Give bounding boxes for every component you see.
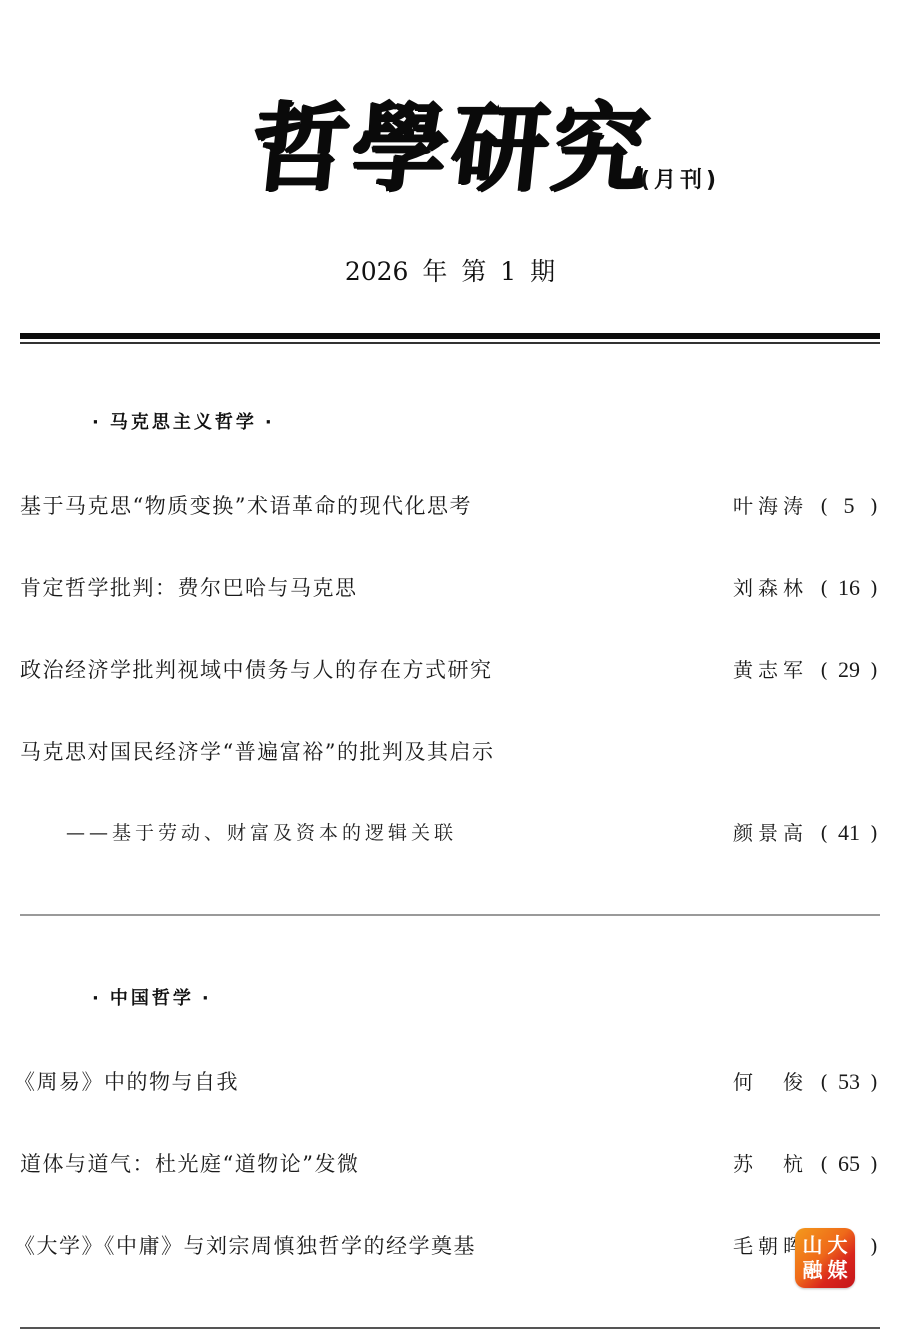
bullet-dot: · [92, 410, 102, 436]
paren-open: ( [817, 818, 831, 848]
paren-open: ( [817, 491, 831, 521]
article-byline: 刘森林 ( 16 ) [733, 573, 883, 603]
header-rule-thick [20, 333, 880, 339]
paren-open: ( [817, 1067, 831, 1097]
paren-close: ) [867, 1149, 881, 1179]
logo-char: 媒 [825, 1258, 850, 1283]
article-author: 黄志军 [733, 655, 805, 685]
page-number: 65 [831, 1149, 867, 1179]
bullet-dot: · [265, 410, 275, 436]
section-heading-marxist-philosophy: ·马克思主义哲学· [84, 410, 283, 436]
page-reference[interactable]: ( 5 ) [817, 491, 881, 521]
footer-rule [20, 1327, 880, 1329]
article-title[interactable]: 道体与道气：杜光庭“道物论”发微 [20, 1149, 359, 1179]
page-number: 29 [831, 655, 867, 685]
logo-char: 大 [825, 1233, 850, 1258]
article-byline: 何 俊 ( 53 ) [733, 1067, 883, 1097]
article-subtitle: ——基于劳动、财富及资本的逻辑关联 [66, 818, 457, 848]
logo-char: 融 [800, 1258, 825, 1283]
logo-char: 山 [800, 1233, 825, 1258]
article-byline: 叶海涛 ( 5 ) [733, 491, 883, 521]
article-title[interactable]: 政治经济学批判视域中债务与人的存在方式研究 [20, 655, 493, 685]
page-number: 41 [831, 818, 867, 848]
header-rule-thin [20, 342, 880, 344]
paren-close: ) [867, 655, 881, 685]
section-heading-text: 中国哲学 [110, 988, 194, 1009]
paren-close: ) [867, 573, 881, 603]
journal-masthead: 哲學研究 (月刊) [0, 88, 900, 218]
section-heading-chinese-philosophy: ·中国哲学· [84, 986, 220, 1012]
paren-open: ( [817, 655, 831, 685]
media-logo-watermark[interactable]: 山 大 融 媒 [795, 1228, 855, 1288]
bullet-dot: · [92, 986, 102, 1012]
page-number: 16 [831, 573, 867, 603]
article-byline: 颜景高 ( 41 ) [733, 818, 883, 848]
article-author: 颜景高 [733, 818, 805, 848]
article-author: 叶海涛 [733, 491, 805, 521]
page-number: 5 [831, 491, 867, 521]
page-reference[interactable]: ( 41 ) [817, 818, 881, 848]
paren-close: ) [867, 818, 881, 848]
page-number: 53 [831, 1067, 867, 1097]
article-title[interactable]: 基于马克思“物质变换”术语革命的现代化思考 [20, 491, 472, 521]
page-reference[interactable]: ( 53 ) [817, 1067, 881, 1097]
article-author: 苏 杭 [733, 1149, 805, 1179]
article-title[interactable]: 《大学》《中庸》与刘宗周慎独哲学的经学奠基 [14, 1231, 476, 1261]
page-reference[interactable]: ( 65 ) [817, 1149, 881, 1179]
journal-frequency: (月刊) [640, 166, 720, 196]
page-reference[interactable]: ( 16 ) [817, 573, 881, 603]
article-title[interactable]: 马克思对国民经济学“普遍富裕”的批判及其启示 [20, 737, 494, 767]
article-author: 刘森林 [733, 573, 805, 603]
paren-open: ( [817, 573, 831, 603]
section-heading-text: 马克思主义哲学 [110, 412, 257, 433]
paren-close: ) [867, 491, 881, 521]
article-title[interactable]: 肯定哲学批判：费尔巴哈与马克思 [20, 573, 358, 603]
bullet-dot: · [202, 986, 212, 1012]
journal-title: 哲學研究 [246, 88, 659, 208]
page-reference[interactable]: ( 29 ) [817, 655, 881, 685]
paren-close: ) [867, 1067, 881, 1097]
paren-close: ) [867, 1231, 881, 1261]
section-divider [20, 914, 880, 916]
issue-number: 2026 年 第 1 期 [0, 254, 900, 290]
article-author: 何 俊 [733, 1067, 805, 1097]
article-byline: 苏 杭 ( 65 ) [733, 1149, 883, 1179]
article-byline: 黄志军 ( 29 ) [733, 655, 883, 685]
paren-open: ( [817, 1149, 831, 1179]
article-title[interactable]: 《周易》中的物与自我 [14, 1067, 239, 1097]
